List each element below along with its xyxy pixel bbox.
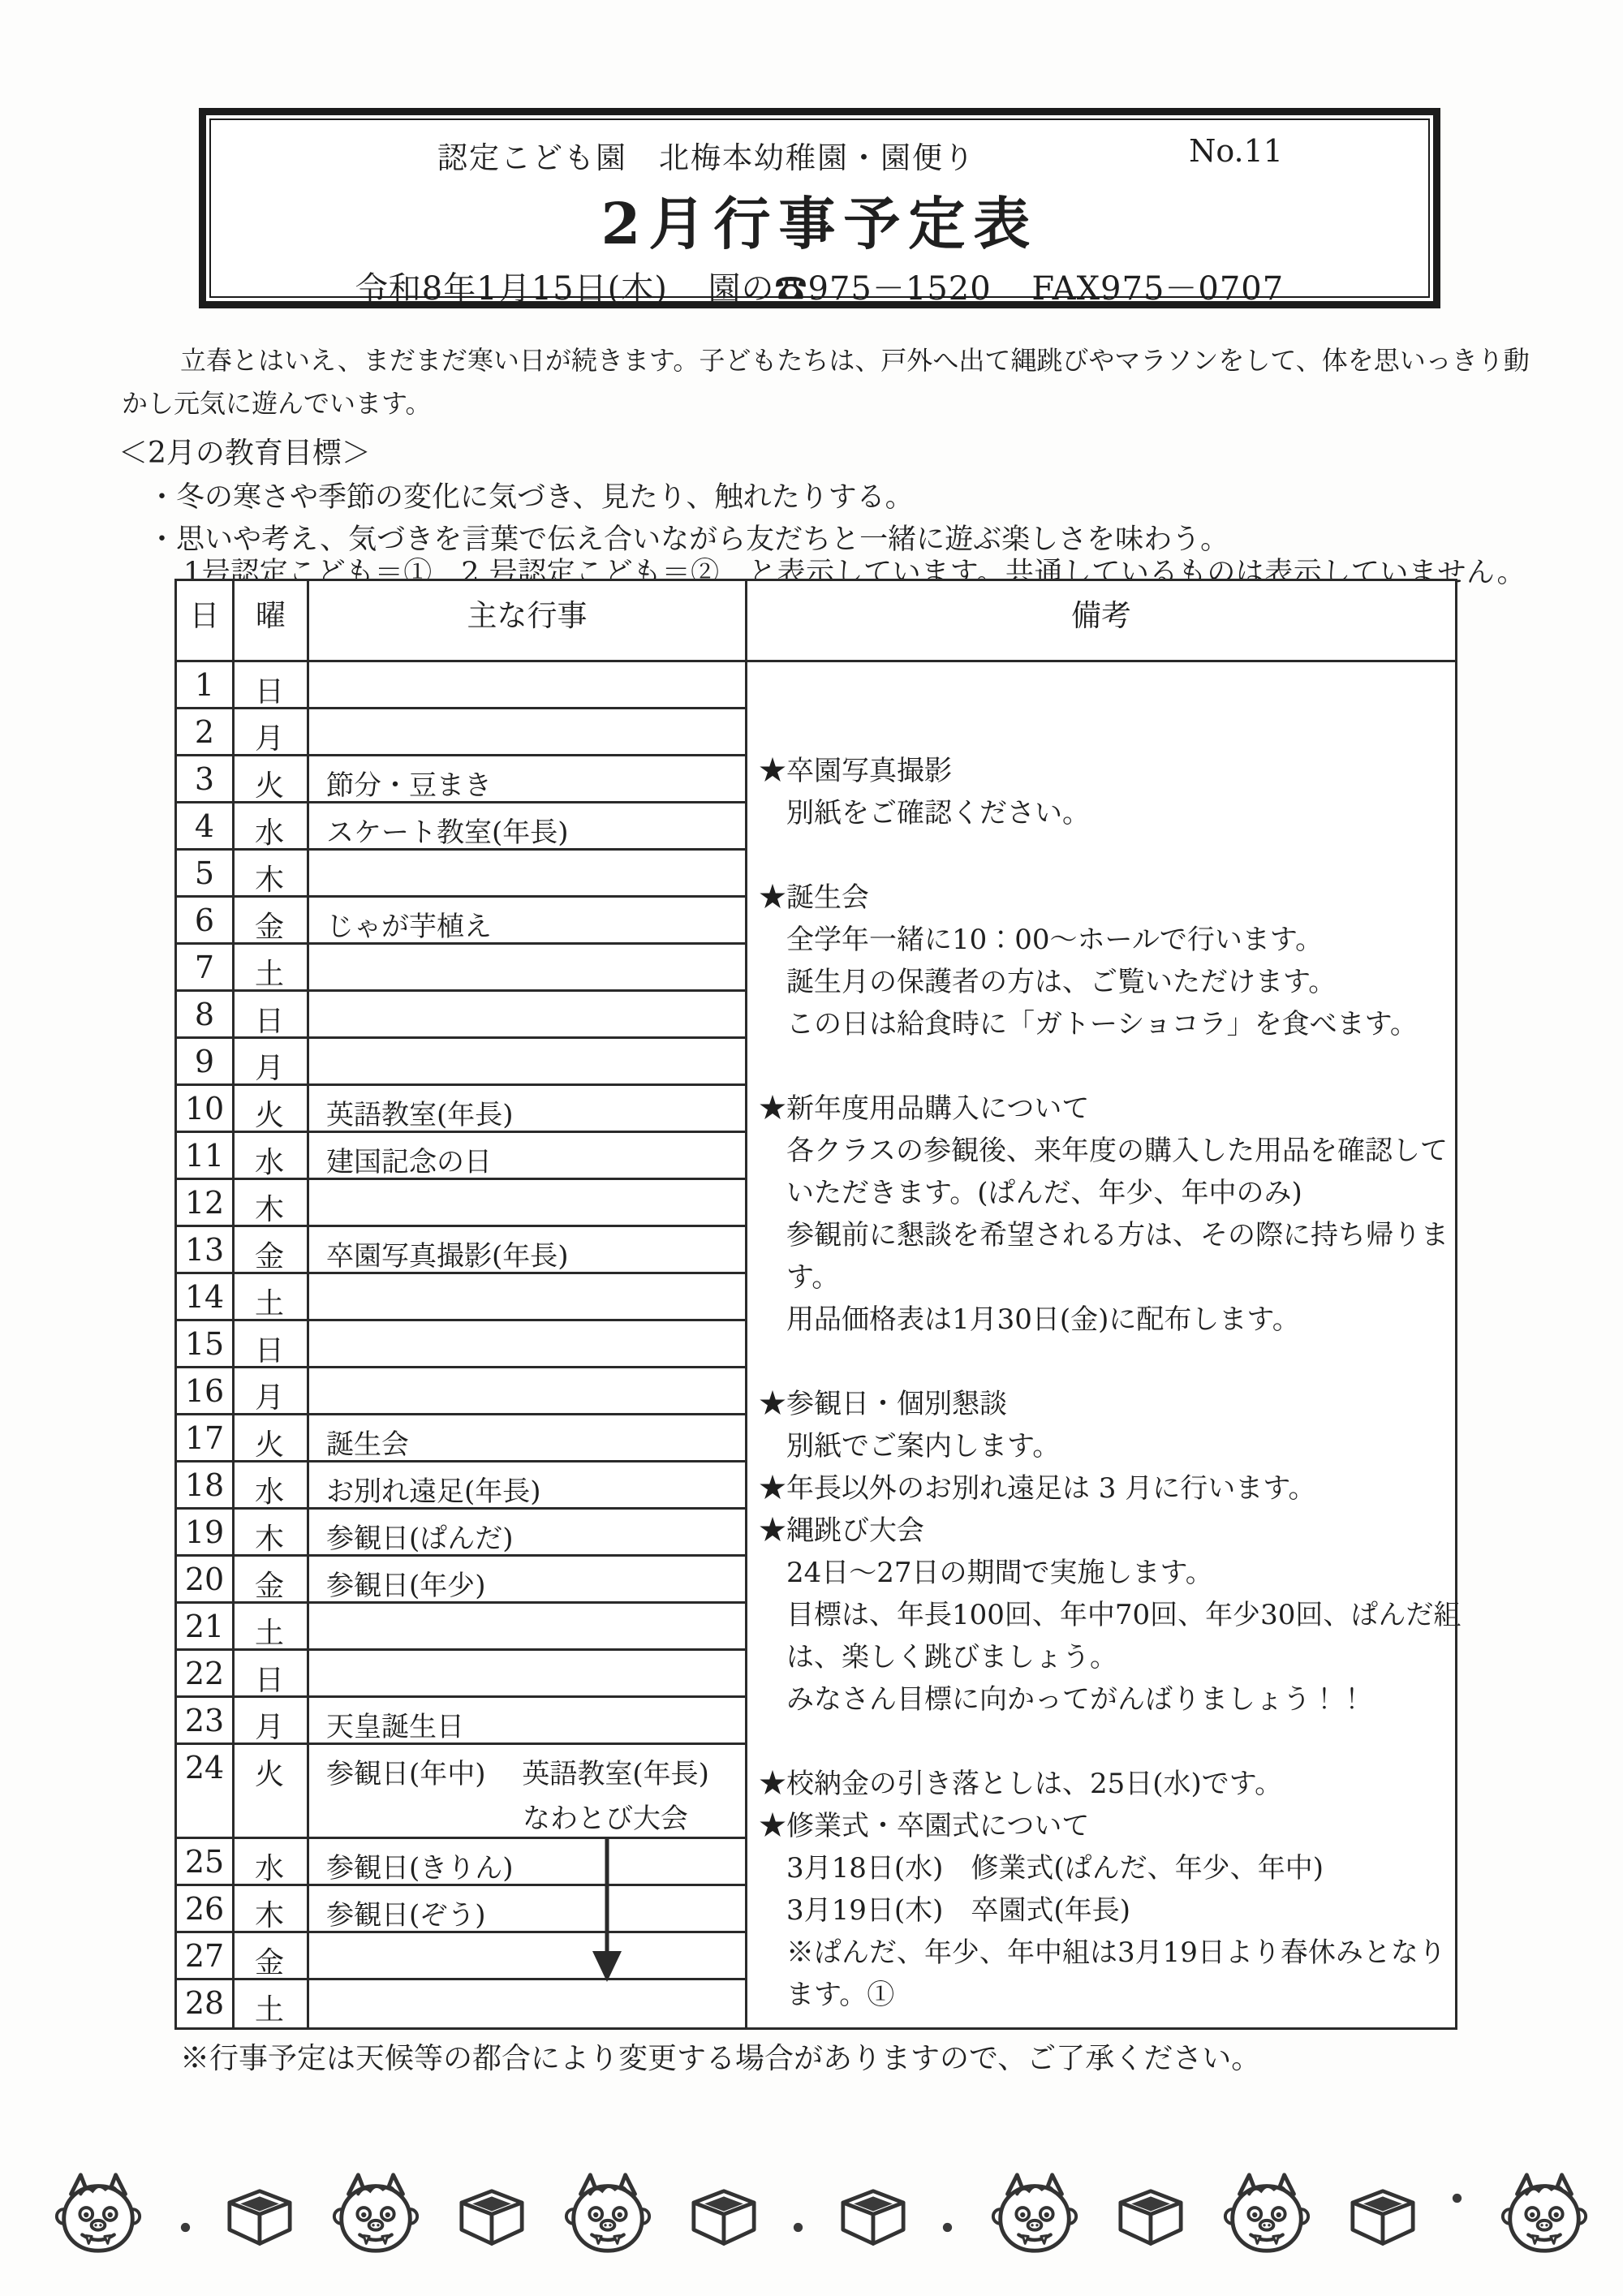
- weekday-cell: 木: [232, 1180, 307, 1225]
- note-section: ★卒園写真撮影 別紙をご確認ください。: [759, 750, 1449, 834]
- day-cell: 14: [177, 1274, 232, 1319]
- note-line: 全学年一緒に10：00～ホールで行います。: [759, 919, 1449, 961]
- day-cell: 12: [177, 1180, 232, 1225]
- note-line: ★誕生会: [759, 877, 1449, 919]
- page-title: 2月行事予定表: [206, 179, 1433, 261]
- weekday-cell: 日: [232, 1651, 307, 1695]
- table-row: 2月: [177, 709, 745, 756]
- note-line: 別紙でご案内します。: [759, 1425, 1449, 1467]
- newsletter-page: 認定こども園 北梅本幼稚園・園便り No.11 2月行事予定表 令和8年1月15…: [0, 0, 1623, 2296]
- table-row: 1日: [177, 662, 745, 709]
- schedule-table: 日 曜 主な行事 備考 1日2月3火節分・豆まき4水スケート教室(年長)5木6金…: [174, 579, 1457, 2030]
- day-cell: 21: [177, 1604, 232, 1648]
- intro-line: かし元気に遊んでいます。: [122, 382, 1534, 425]
- header-day: 日: [177, 591, 232, 635]
- note-line: す。: [759, 1256, 1449, 1299]
- day-cell: 1: [177, 662, 232, 707]
- masu-box-icon: [689, 2186, 759, 2251]
- oni-face-icon: [328, 2165, 424, 2261]
- event-cell: お別れ遠足(年長): [307, 1462, 745, 1507]
- weekday-cell: 水: [232, 1462, 307, 1507]
- event-text: スケート教室(年長): [326, 810, 745, 850]
- oni-face-icon: [560, 2165, 656, 2261]
- weekday-cell: 土: [232, 945, 307, 989]
- weekday-cell: 火: [232, 1745, 307, 1837]
- note-line: 24日～27日の期間で実施します。: [759, 1552, 1449, 1594]
- day-cell: 20: [177, 1557, 232, 1601]
- event-cell: 誕生会: [307, 1415, 745, 1460]
- day-cell: 27: [177, 1933, 232, 1978]
- note-line: 3月19日(木) 卒園式(年長): [759, 1889, 1449, 1932]
- event-text: 参観日(ぱんだ): [326, 1516, 745, 1556]
- note-line: ★卒園写真撮影: [759, 750, 1449, 792]
- note-line: ★参観日・個別懇談: [759, 1383, 1449, 1425]
- note-section: ★新年度用品購入について 各クラスの参観後、来年度の購入した用品を確認して いた…: [759, 1088, 1449, 1341]
- event-cell: 卒園写真撮影(年長): [307, 1227, 745, 1272]
- table-row: 8日: [177, 992, 745, 1039]
- table-row: 16月: [177, 1368, 745, 1415]
- event-cell: 参観日(年中) 英語教室(年長)なわとび大会: [307, 1745, 745, 1837]
- table-row: 26木参観日(ぞう): [177, 1886, 745, 1933]
- oni-face-icon: [1219, 2165, 1315, 2261]
- event-cell: [307, 1604, 745, 1648]
- table-row: 9月: [177, 1039, 745, 1086]
- weekday-cell: 日: [232, 662, 307, 707]
- event-text: 卒園写真撮影(年長): [326, 1234, 745, 1273]
- day-cell: 10: [177, 1086, 232, 1131]
- issue-date: 令和8年1月15日(木): [355, 270, 668, 308]
- weekday-cell: 水: [232, 803, 307, 848]
- note-line: ★新年度用品購入について: [759, 1088, 1449, 1130]
- day-cell: 15: [177, 1321, 232, 1366]
- table-row: 27金: [177, 1933, 745, 1980]
- event-cell: 建国記念の日: [307, 1133, 745, 1178]
- event-cell: 節分・豆まき: [307, 756, 745, 801]
- note-line: 用品価格表は1月30日(金)に配布します。: [759, 1299, 1449, 1341]
- event-cell: [307, 851, 745, 895]
- event-text: 参観日(年中) 英語教室(年長): [326, 1751, 745, 1791]
- event-cell: [307, 1321, 745, 1366]
- note-line: ます。①: [759, 1974, 1449, 2016]
- event-cell: [307, 662, 745, 707]
- day-cell: 26: [177, 1886, 232, 1931]
- day-cell: 22: [177, 1651, 232, 1695]
- table-row: 20金参観日(年少): [177, 1557, 745, 1604]
- masu-box-icon: [1348, 2186, 1418, 2251]
- weekday-cell: 日: [232, 1321, 307, 1366]
- event-cell: 参観日(ぞう): [307, 1886, 745, 1931]
- bean-icon: [792, 2221, 804, 2234]
- weekday-cell: 水: [232, 1133, 307, 1178]
- weekday-cell: 月: [232, 709, 307, 754]
- day-cell: 13: [177, 1227, 232, 1272]
- event-text: 建国記念の日: [326, 1139, 745, 1179]
- note-line: ★校納金の引き落としは、25日(水)です。: [759, 1763, 1449, 1805]
- day-cell: 16: [177, 1368, 232, 1413]
- table-rows: 1日2月3火節分・豆まき4水スケート教室(年長)5木6金じゃが芋植え7土8日9月…: [177, 662, 745, 2027]
- event-cell: スケート教室(年長): [307, 803, 745, 848]
- table-row: 14土: [177, 1274, 745, 1321]
- event-cell: [307, 1933, 745, 1978]
- note-line: 3月18日(水) 修業式(ぱんだ、年少、年中): [759, 1847, 1449, 1889]
- weekday-cell: 火: [232, 1415, 307, 1460]
- newsletter-org-line: 認定こども園 北梅本幼稚園・園便り: [437, 133, 975, 177]
- day-cell: 11: [177, 1133, 232, 1178]
- day-cell: 17: [177, 1415, 232, 1460]
- event-cell: 天皇誕生日: [307, 1698, 745, 1742]
- header-date-line: 令和8年1月15日(木) 園の☎975－1520 FAX975－0707: [206, 263, 1433, 309]
- event-cell: [307, 1274, 745, 1319]
- bean-icon: [941, 2221, 954, 2234]
- day-cell: 5: [177, 851, 232, 895]
- event-text: 誕生会: [326, 1422, 745, 1462]
- table-row: 17火誕生会: [177, 1415, 745, 1462]
- fax-number: FAX975－0707: [1031, 270, 1284, 308]
- event-text: 英語教室(年長): [326, 1092, 745, 1132]
- note-line: ★修業式・卒園式について: [759, 1805, 1449, 1847]
- weekday-cell: 月: [232, 1698, 307, 1742]
- event-cell: [307, 1651, 745, 1695]
- day-cell: 3: [177, 756, 232, 801]
- note-line: いただきます。(ぱんだ、年少、年中のみ): [759, 1172, 1449, 1214]
- day-cell: 23: [177, 1698, 232, 1742]
- event-cell: [307, 1980, 745, 2027]
- table-row: 28土: [177, 1980, 745, 2027]
- decor-row: [50, 2152, 1592, 2274]
- footer-note: ※行事予定は天候等の都合により変更する場合がありますので、ご了承ください。: [180, 2035, 1260, 2077]
- note-line: 別紙をご確認ください。: [759, 792, 1449, 834]
- table-row: 23月天皇誕生日: [177, 1698, 745, 1745]
- header-events: 主な行事: [309, 591, 745, 635]
- event-text: 参観日(年少): [326, 1563, 745, 1603]
- event-cell: 参観日(ぱんだ): [307, 1510, 745, 1554]
- intro-paragraph: 立春とはいえ、まだまだ寒い日が続きます。子どもたちは、戸外へ出て縄跳びやマラソン…: [122, 339, 1534, 425]
- weekday-cell: 金: [232, 1227, 307, 1272]
- event-cell: 参観日(きりん): [307, 1839, 745, 1884]
- weekday-cell: 金: [232, 898, 307, 942]
- weekday-cell: 火: [232, 1086, 307, 1131]
- weekday-cell: 日: [232, 992, 307, 1036]
- table-row: 15日: [177, 1321, 745, 1368]
- event-cell: [307, 1368, 745, 1413]
- weekday-cell: 火: [232, 756, 307, 801]
- weekday-cell: 金: [232, 1933, 307, 1978]
- table-row: 21土: [177, 1604, 745, 1651]
- day-cell: 18: [177, 1462, 232, 1507]
- table-row: 22日: [177, 1651, 745, 1698]
- header-notes: 備考: [747, 591, 1455, 635]
- day-cell: 24: [177, 1745, 232, 1837]
- day-cell: 7: [177, 945, 232, 989]
- event-cell: [307, 945, 745, 989]
- table-row: 10火英語教室(年長): [177, 1086, 745, 1133]
- event-text-line2: なわとび大会: [523, 1796, 745, 1836]
- goal-item: ・冬の寒さや季節の変化に気づき、見たり、触れたりする。: [148, 475, 914, 515]
- masu-box-icon: [838, 2186, 908, 2251]
- event-text: 参観日(ぞう): [326, 1893, 745, 1932]
- issue-number: No.11: [1189, 133, 1283, 169]
- masu-box-icon: [225, 2186, 295, 2251]
- masu-box-icon: [1116, 2186, 1186, 2251]
- day-cell: 8: [177, 992, 232, 1036]
- table-row: 13金卒園写真撮影(年長): [177, 1227, 745, 1274]
- note-section: ★参観日・個別懇談 別紙でご案内します。★年長以外のお別れ遠足は 3 月に行いま…: [759, 1383, 1449, 1721]
- day-cell: 28: [177, 1980, 232, 2027]
- note-line: ★縄跳び大会: [759, 1510, 1449, 1552]
- event-text: お別れ遠足(年長): [326, 1469, 745, 1509]
- event-cell: じゃが芋植え: [307, 898, 745, 942]
- oni-face-icon: [987, 2165, 1083, 2261]
- header-weekday: 曜: [235, 591, 307, 635]
- note-line: ※ぱんだ、年少、年中組は3月19日より春休みとなり: [759, 1932, 1449, 1974]
- bean-icon: [179, 2221, 192, 2234]
- note-line: この日は給食時に「ガトーショコラ」を食べます。: [759, 1003, 1449, 1045]
- note-section: ★校納金の引き落としは、25日(水)です。★修業式・卒園式について 3月18日(…: [759, 1763, 1449, 2016]
- table-row: 19木参観日(ぱんだ): [177, 1510, 745, 1557]
- table-row: 12木: [177, 1180, 745, 1227]
- table-row: 4水スケート教室(年長): [177, 803, 745, 851]
- day-cell: 9: [177, 1039, 232, 1083]
- oni-face-icon: [50, 2165, 146, 2261]
- event-text: 参観日(きりん): [326, 1846, 745, 1885]
- note-line: ★年長以外のお別れ遠足は 3 月に行います。: [759, 1467, 1449, 1510]
- header-box: 認定こども園 北梅本幼稚園・園便り No.11 2月行事予定表 令和8年1月15…: [199, 108, 1440, 308]
- weekday-cell: 木: [232, 1886, 307, 1931]
- note-section: ★誕生会 全学年一緒に10：00～ホールで行います。 誕生月の保護者の方は、ご覧…: [759, 877, 1449, 1045]
- note-line: 参観前に懇談を希望される方は、その際に持ち帰りま: [759, 1214, 1449, 1256]
- note-line: は、楽しく跳びましょう。: [759, 1636, 1449, 1678]
- notes-body: ★卒園写真撮影 別紙をご確認ください。★誕生会 全学年一緒に10：00～ホールで…: [747, 662, 1455, 2027]
- table-row: 25水参観日(きりん): [177, 1839, 745, 1886]
- weekday-cell: 土: [232, 1604, 307, 1648]
- event-text: 節分・豆まき: [326, 763, 745, 803]
- table-header-row: 日 曜 主な行事 備考: [177, 581, 1455, 662]
- weekday-cell: 土: [232, 1274, 307, 1319]
- table-row: 5木: [177, 851, 745, 898]
- weekday-cell: 月: [232, 1039, 307, 1083]
- note-line: みなさん目標に向かってがんばりましょう！！: [759, 1678, 1449, 1721]
- note-line: 目標は、年長100回、年中70回、年少30回、ぱんだ組: [759, 1594, 1449, 1636]
- day-cell: 2: [177, 709, 232, 754]
- table-row: 6金じゃが芋植え: [177, 898, 745, 945]
- day-cell: 4: [177, 803, 232, 848]
- bean-icon: [1451, 2192, 1463, 2204]
- event-cell: [307, 992, 745, 1036]
- event-cell: 英語教室(年長): [307, 1086, 745, 1131]
- weekday-cell: 月: [232, 1368, 307, 1413]
- event-text: じゃが芋植え: [326, 904, 745, 944]
- table-row: 7土: [177, 945, 745, 992]
- table-row: 24火参観日(年中) 英語教室(年長)なわとび大会: [177, 1745, 745, 1839]
- table-row: 18水お別れ遠足(年長): [177, 1462, 745, 1510]
- weekday-cell: 水: [232, 1839, 307, 1884]
- note-line: 各クラスの参観後、来年度の購入した用品を確認して: [759, 1130, 1449, 1172]
- day-cell: 25: [177, 1839, 232, 1884]
- table-row: 3火節分・豆まき: [177, 756, 745, 803]
- event-cell: [307, 1180, 745, 1225]
- weekday-cell: 木: [232, 851, 307, 895]
- oni-face-icon: [1496, 2165, 1592, 2261]
- phone-number: 園の☎975－1520: [708, 270, 992, 308]
- weekday-cell: 金: [232, 1557, 307, 1601]
- day-cell: 19: [177, 1510, 232, 1554]
- event-cell: 参観日(年少): [307, 1557, 745, 1601]
- event-cell: [307, 709, 745, 754]
- weekday-cell: 木: [232, 1510, 307, 1554]
- day-cell: 6: [177, 898, 232, 942]
- event-cell: [307, 1039, 745, 1083]
- weekday-cell: 土: [232, 1980, 307, 2027]
- note-line: 誕生月の保護者の方は、ご覧いただけます。: [759, 961, 1449, 1003]
- intro-line: 立春とはいえ、まだまだ寒い日が続きます。子どもたちは、戸外へ出て縄跳びやマラソン…: [122, 339, 1534, 382]
- table-row: 11水建国記念の日: [177, 1133, 745, 1180]
- event-text: 天皇誕生日: [326, 1704, 745, 1744]
- goals-heading: ＜2月の教育目標＞: [118, 430, 371, 472]
- masu-box-icon: [457, 2186, 527, 2251]
